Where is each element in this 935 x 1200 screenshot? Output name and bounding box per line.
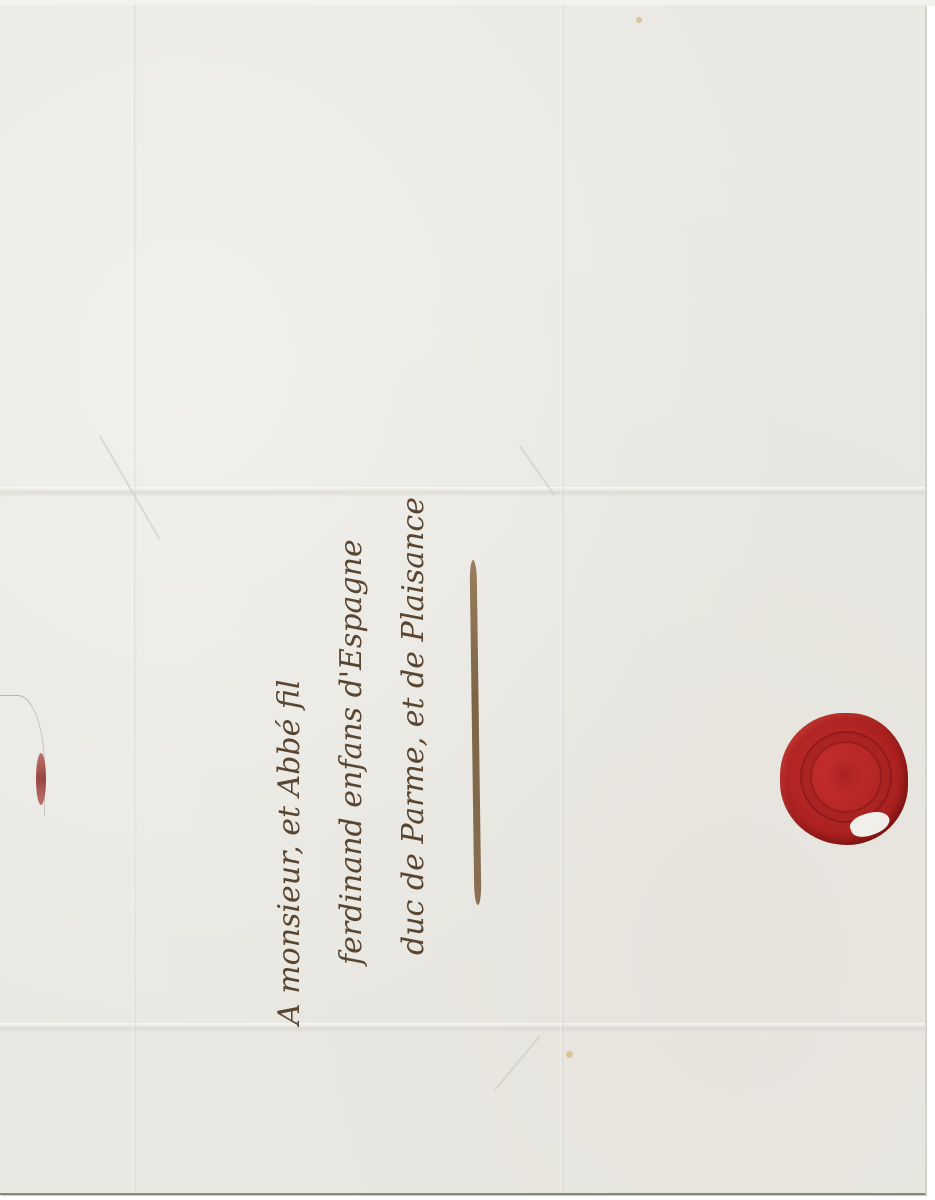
letter-sheet: A monsieur, et Abbé fil ferdinand enfans… <box>0 5 926 1195</box>
crease-mark <box>494 1035 541 1090</box>
foxing-stain <box>636 17 642 23</box>
seal-emblem <box>824 753 864 797</box>
red-wax-seal <box>780 713 908 845</box>
horizontal-fold-lower <box>0 1023 925 1033</box>
address-line-2: ferdinand enfans d'Espagne <box>321 505 383 1025</box>
foxing-stain <box>566 1051 573 1058</box>
vertical-fold-left <box>132 5 138 1193</box>
wax-seal-remnant <box>36 753 46 805</box>
horizontal-fold-upper <box>0 487 925 497</box>
vertical-fold-center <box>560 5 566 1193</box>
address-line-1: A monsieur, et Abbé fil <box>259 505 321 1025</box>
address-line-3: duc de Parme, et de Plaisance <box>383 505 445 1025</box>
ink-flourish-stroke <box>470 560 482 905</box>
handwritten-address: A monsieur, et Abbé fil ferdinand enfans… <box>259 505 445 1025</box>
